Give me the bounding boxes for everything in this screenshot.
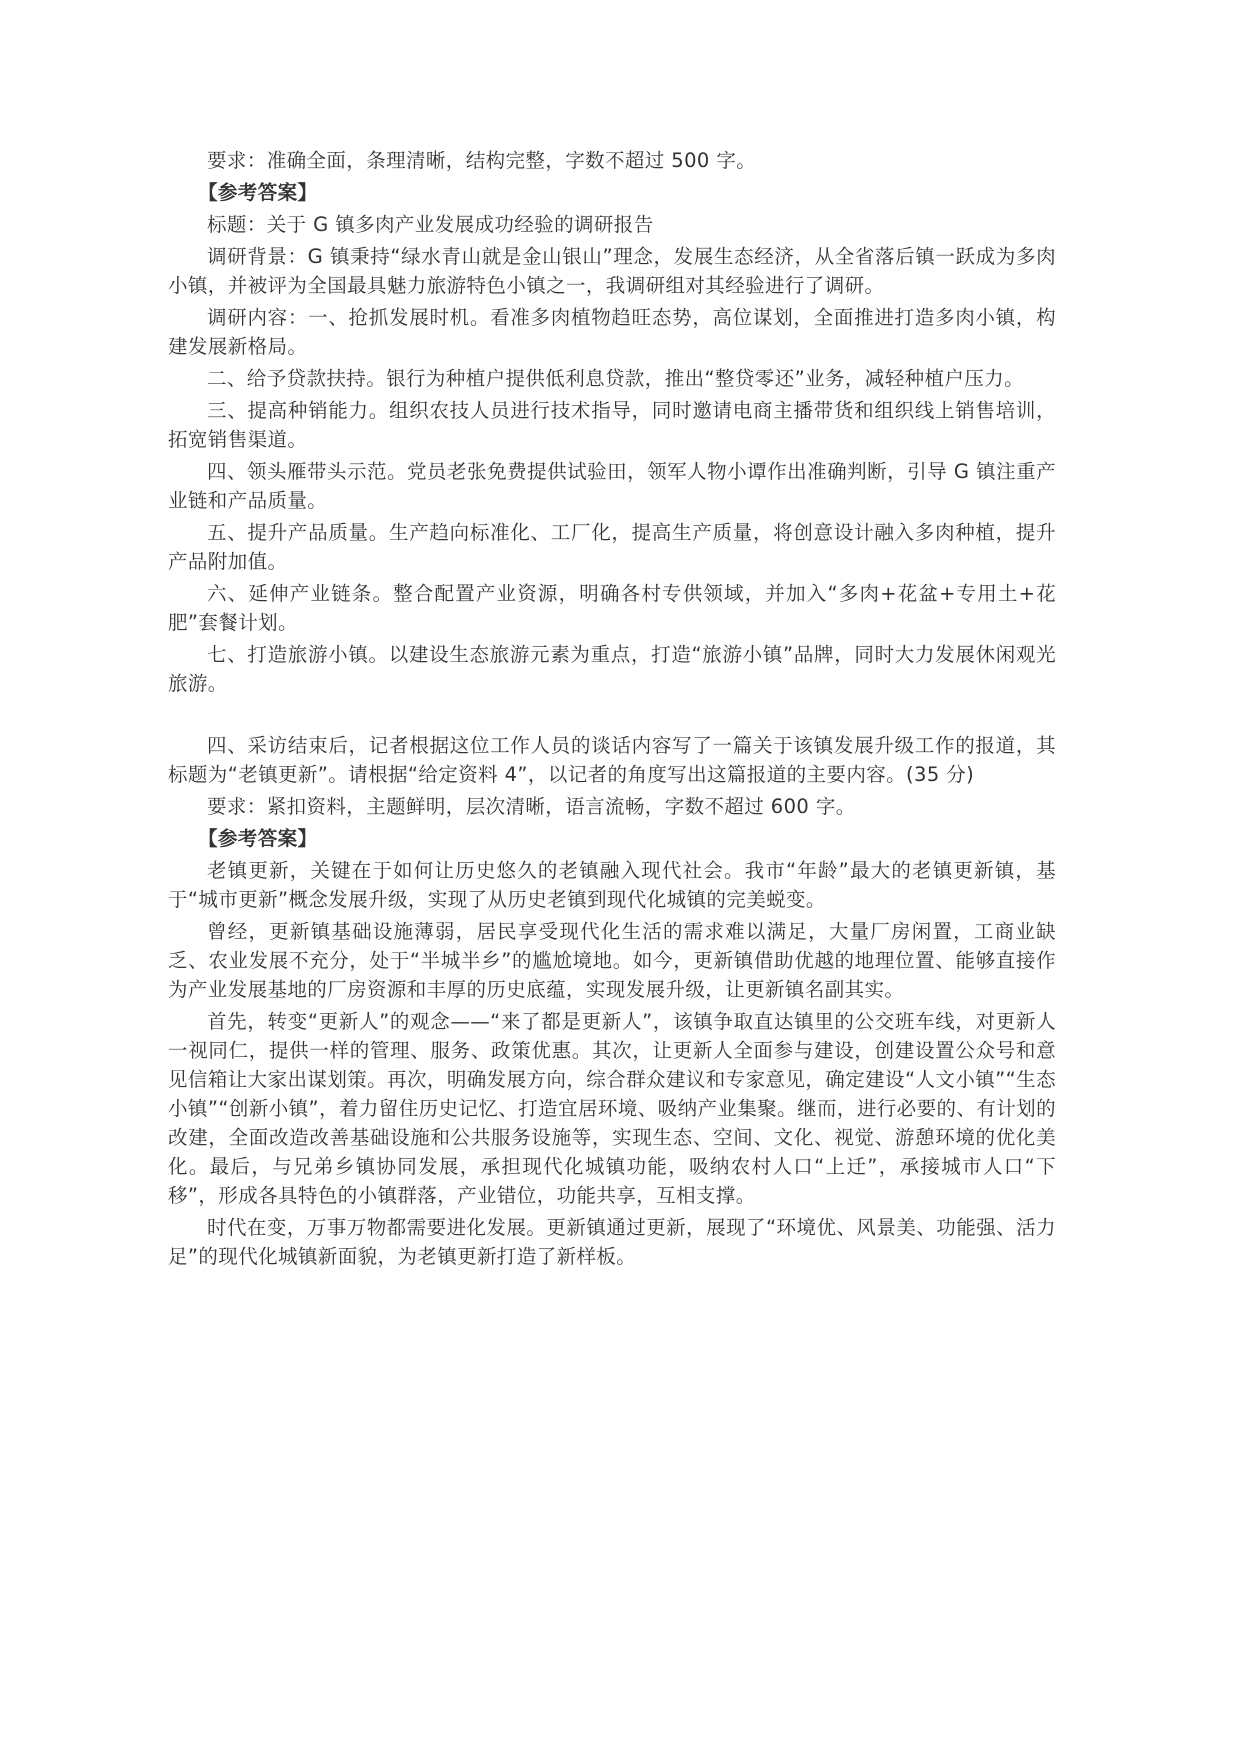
report-point-3: 三、提高种销能力。组织农技人员进行技术指导，同时邀请电商主播带货和组织线上销售培… xyxy=(168,396,1056,454)
section-3-answer: 要求：准确全面，条理清晰，结构完整，字数不超过 500 字。 【参考答案】 标题… xyxy=(168,146,1056,698)
answer-paragraph-2: 曾经，更新镇基础设施薄弱，居民享受现代化生活的需求难以满足，大量厂房闲置，工商业… xyxy=(168,917,1056,1004)
answer-paragraph-1: 老镇更新，关键在于如何让历史悠久的老镇融入现代社会。我市“年龄”最大的老镇更新镇… xyxy=(168,856,1056,914)
question-text: 四、采访结束后，记者根据这位工作人员的谈话内容写了一篇关于该镇发展升级工作的报道… xyxy=(168,731,1056,789)
requirement-text: 要求：准确全面，条理清晰，结构完整，字数不超过 500 字。 xyxy=(168,146,1056,175)
report-point-6: 六、延伸产业链条。整合配置产业资源，明确各村专供领域，并加入“多肉+花盆+专用土… xyxy=(168,579,1056,637)
report-point-5: 五、提升产品质量。生产趋向标准化、工厂化，提高生产质量，将创意设计融入多肉种植，… xyxy=(168,518,1056,576)
reference-answer-label: 【参考答案】 xyxy=(168,178,1056,207)
requirement-text: 要求：紧扣资料，主题鲜明，层次清晰，语言流畅，字数不超过 600 字。 xyxy=(168,792,1056,821)
answer-paragraph-3: 首先，转变“更新人”的观念——“来了都是更新人”，该镇争取直达镇里的公交班车线，… xyxy=(168,1007,1056,1210)
section-4-question: 四、采访结束后，记者根据这位工作人员的谈话内容写了一篇关于该镇发展升级工作的报道… xyxy=(168,731,1056,1271)
section-spacer xyxy=(168,701,1056,731)
report-point-1: 调研内容：一、抢抓发展时机。看准多肉植物趋旺态势，高位谋划，全面推进打造多肉小镇… xyxy=(168,303,1056,361)
report-point-4: 四、领头雁带头示范。党员老张免费提供试验田，领军人物小谭作出准确判断，引导 G … xyxy=(168,457,1056,515)
report-point-7: 七、打造旅游小镇。以建设生态旅游元素为重点，打造“旅游小镇”品牌，同时大力发展休… xyxy=(168,640,1056,698)
document-page: 要求：准确全面，条理清晰，结构完整，字数不超过 500 字。 【参考答案】 标题… xyxy=(168,146,1056,1274)
report-title: 标题：关于 G 镇多肉产业发展成功经验的调研报告 xyxy=(168,210,1056,239)
report-point-2: 二、给予贷款扶持。银行为种植户提供低利息贷款，推出“整贷零还”业务，减轻种植户压… xyxy=(168,364,1056,393)
reference-answer-label: 【参考答案】 xyxy=(168,824,1056,853)
report-background: 调研背景：G 镇秉持“绿水青山就是金山银山”理念，发展生态经济，从全省落后镇一跃… xyxy=(168,242,1056,300)
answer-paragraph-4: 时代在变，万事万物都需要进化发展。更新镇通过更新，展现了“环境优、风景美、功能强… xyxy=(168,1213,1056,1271)
